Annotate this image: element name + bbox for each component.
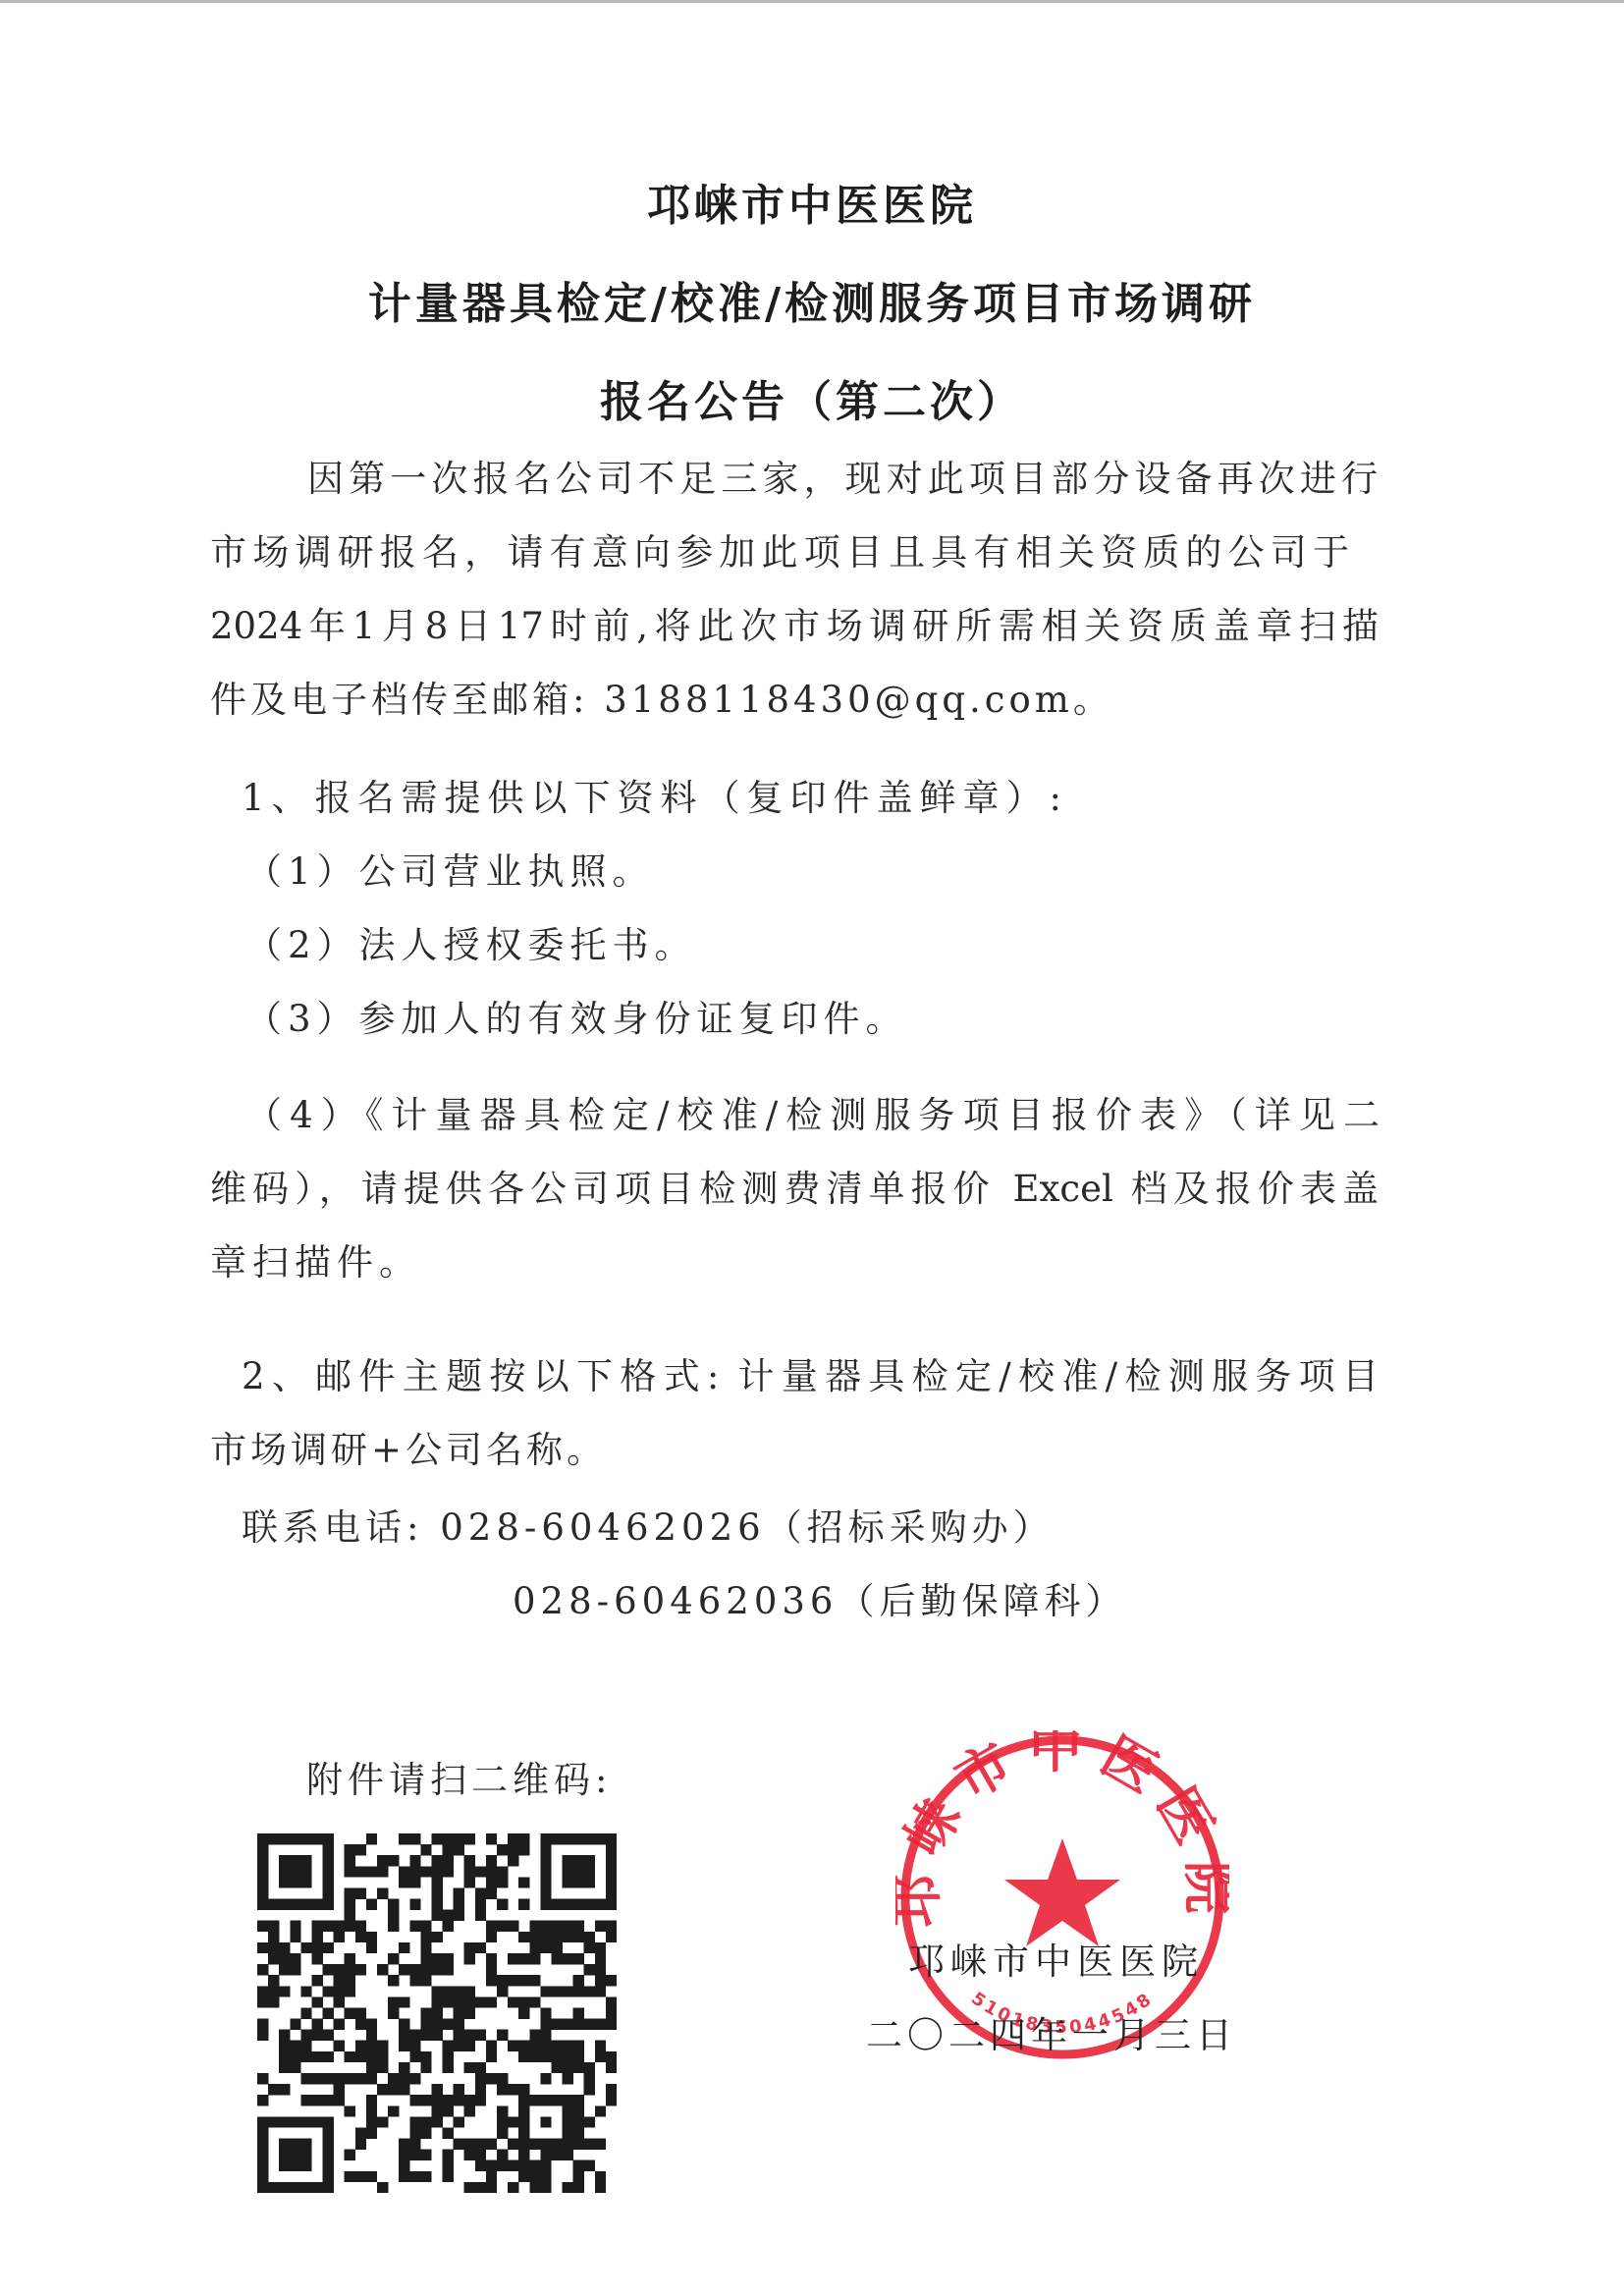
section1-item-4-line-3: 章扫描件。 bbox=[210, 1241, 421, 1285]
contact-label: 联系电话: bbox=[242, 1506, 423, 1549]
title-project: 计量器具检定/校准/检测服务项目市场调研 bbox=[0, 280, 1624, 329]
title-hospital: 邛崃市中医医院 bbox=[0, 182, 1624, 231]
contact-line-1: 联系电话: 028-60462026（招标采购办） bbox=[242, 1506, 1055, 1550]
signature-organization: 邛崃市中医医院 bbox=[908, 1941, 1204, 1984]
qr-code[interactable] bbox=[257, 1833, 617, 2193]
section2-line-1: 2、邮件主题按以下格式: 计量器具检定/校准/检测服务项目 bbox=[242, 1355, 1379, 1398]
section1-item-1: （1）公司营业执照。 bbox=[245, 850, 655, 894]
intro-line-2: 市场调研报名，请有意向参加此项目且具有相关资质的公司于 bbox=[210, 531, 1349, 574]
section2-line-2: 市场调研+公司名称。 bbox=[210, 1429, 607, 1472]
document-page: 邛崃市中医医院 计量器具检定/校准/检测服务项目市场调研 报名公告（第二次） 因… bbox=[0, 0, 1624, 2296]
intro-line-4-email: 件及电子档传至邮箱: 3188118430@qq.com。 bbox=[210, 679, 1113, 722]
attachment-label: 附件请扫二维码: bbox=[306, 1759, 612, 1802]
signature-date: 二〇二四年一月三日 bbox=[866, 2014, 1237, 2057]
contact-phone-2: 028-60462036（后勤保障科） bbox=[513, 1580, 1126, 1623]
scan-edge bbox=[0, 0, 1624, 3]
section1-item-3: （3）参加人的有效身份证复印件。 bbox=[245, 998, 908, 1041]
contact-phone-1: 028-60462026（招标采购办） bbox=[440, 1506, 1054, 1549]
section1-heading: 1、报名需提供以下资料（复印件盖鲜章）: bbox=[242, 777, 1068, 820]
star-icon bbox=[1004, 1838, 1120, 1946]
section1-item-4-line-1: （4）《计量器具检定/校准/检测服务项目报价表》（详见二 bbox=[245, 1094, 1380, 1137]
section1-item-2: （2）法人授权委托书。 bbox=[245, 924, 697, 967]
title-notice: 报名公告（第二次） bbox=[0, 378, 1624, 427]
intro-line-1: 因第一次报名公司不足三家，现对此项目部分设备再次进行 bbox=[307, 458, 1378, 501]
intro-line-3: 2024年1月8日17时前,将此次市场调研所需相关资质盖章扫描 bbox=[210, 605, 1379, 648]
section1-item-4-line-2: 维码），请提供各公司项目检测费清单报价 Excel 档及报价表盖 bbox=[210, 1168, 1379, 1211]
